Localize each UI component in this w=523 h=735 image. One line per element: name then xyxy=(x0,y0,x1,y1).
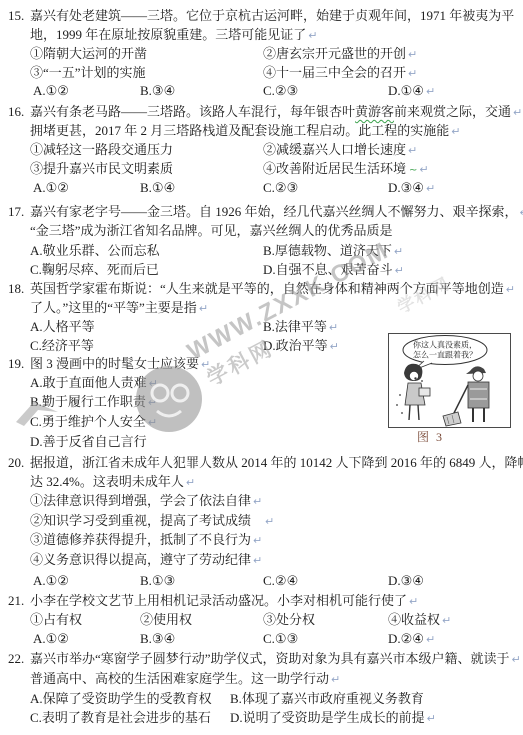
q22-stem-line1: 22. 嘉兴市举办“寒窗学子圆梦行动”助学仪式，资助对象为具有嘉兴市本级户籍、就… xyxy=(0,649,523,668)
q21-option-3: ③处分权 xyxy=(263,610,315,629)
q19-number: 19. xyxy=(8,354,24,373)
bubble-text-line2: 怎么一直跟着我？ xyxy=(413,350,477,360)
q16-stem-line2: 拥堵更甚，2017 年 2 月三塔路栈道及配套设施工程启动。此工程的实施能↵ xyxy=(0,121,523,140)
q22-stem-text2-body: 普通高中、高校的生活困难家庭学生。这一助学行动 xyxy=(30,671,329,686)
q21-number: 21. xyxy=(8,591,24,610)
q19-choice-d: D.善于反省自己言行 xyxy=(30,432,147,451)
spellcheck-squiggle-icon: ~ xyxy=(409,165,417,176)
q18-choice-b-body: B.法律平等 xyxy=(263,319,327,334)
q15-stem-text2: 地，1999 年在原址按原貌重建。三塔可能见证了↵ xyxy=(30,25,317,45)
q19-choice-a: A.敢于直面他人责难↵ xyxy=(30,373,158,393)
return-mark-icon: ↵ xyxy=(253,534,262,547)
q20-choice-c: C.②④ xyxy=(263,571,298,590)
q18-stem-text2-body: 了人。”这里的“平等”主要是指 xyxy=(30,300,197,315)
q22-stem-text1-body: 嘉兴市举办“寒窗学子圆梦行动”助学仪式，资助对象为具有嘉兴市本级户籍、就读于 xyxy=(30,651,510,666)
q20-stem-text1: 据报道，浙江省未成年人犯罪人数从 2014 年的 10142 人下降到 2016… xyxy=(30,453,523,472)
q16-choices-row: A.①② B.①④ C.②③ D.③④↵ xyxy=(0,178,523,197)
q17-choices-row1: A.敬业乐群、公而忘私 B.厚德载物、道济天下↵ xyxy=(0,241,523,260)
q17-choice-d: D.自强不息、艰苦奋斗↵ xyxy=(263,260,404,280)
q15-choices-row: A.①② B.③④ C.②③ D.①④↵ xyxy=(0,81,523,100)
q16-option-3: ③提升嘉兴市民文明素质 xyxy=(30,159,173,178)
q20-stem-line1: 20. 据报道，浙江省未成年人犯罪人数从 2014 年的 10142 人下降到 … xyxy=(0,453,523,472)
q20-option-3: ③道德修养获得提升，抵制了不良行为↵ xyxy=(30,530,262,550)
q18-stem-line2: 了人。”这里的“平等”主要是指↵ xyxy=(0,298,523,317)
q15-choice-b: B.③④ xyxy=(140,81,175,100)
q20-stem-text2-body: 达 32.4%。这表明未成年人 xyxy=(30,474,184,489)
figure3-caption: 图 3 xyxy=(417,428,444,445)
q17-stem-text2: “金三塔”成为浙江省知名品牌。可见，嘉兴丝绸人的优秀品质是 xyxy=(30,221,393,240)
q21-choice-d: D.②④↵ xyxy=(388,629,435,649)
bubble-text-line1: 你这人真没素质， xyxy=(413,340,477,351)
q21-choice-b: B.③④ xyxy=(140,629,175,648)
q21-choice-a: A.①② xyxy=(33,629,69,648)
q21-options-row: ①占有权 ②使用权 ③处分权 ④收益权↵ xyxy=(0,610,523,629)
q16-stem-pre: 嘉兴有条老马路――三塔路。该路人车混行，每年银杏叶 xyxy=(30,104,355,119)
q20-choice-a: A.①② xyxy=(33,571,69,590)
q17-choice-b: B.厚德载物、道济天下↵ xyxy=(263,241,403,261)
return-mark-icon: ↵ xyxy=(395,264,404,277)
q20-choice-d: D.③④ xyxy=(388,571,424,590)
q15-option-2: ②唐玄宗开元盛世的开创↵ xyxy=(263,44,417,64)
return-mark-icon: ↵ xyxy=(199,302,208,315)
q16-choice-a: A.①② xyxy=(33,178,69,197)
q21-stem-body: 小李在学校文艺节上用相机记录活动盛况。小李对相机可能行使了 xyxy=(30,593,407,608)
q17-number: 17. xyxy=(8,202,24,221)
return-mark-icon: ↵ xyxy=(253,495,262,508)
q15-option-1: ①隋朝大运河的开凿 xyxy=(30,44,147,63)
return-mark-icon: ↵ xyxy=(149,377,158,390)
q16-choice-b: B.①④ xyxy=(140,178,175,197)
q22-choice-d-body: D.说明了受资助是学生成长的前提 xyxy=(230,710,425,725)
q22-stem-line2: 普通高中、高校的生活困难家庭学生。这一助学行动↵ xyxy=(0,669,523,688)
q20-option-2: ②知识学习受到重视，提高了考试成绩↵ xyxy=(30,511,274,531)
q16-stem-spellcheck: 黄游客 xyxy=(355,104,394,119)
q18-choice-d: D.政治平等↵ xyxy=(263,336,339,356)
q20-option-3-line: ③道德修养获得提升，抵制了不良行为↵ xyxy=(0,530,523,549)
return-mark-icon: ↵ xyxy=(148,396,157,409)
q17-stem-text1: 嘉兴有家老字号——金三塔。自 1926 年始，经几代嘉兴丝绸人不懈努力、艰辛探索… xyxy=(30,202,523,222)
q15-choice-a: A.①② xyxy=(33,81,69,100)
cartoon-illustration: 你这人真没素质， 怎么一直跟着我？ xyxy=(388,333,511,428)
q18-stem-text1: 英国哲学家霍布斯说：“人生来就是平等的，自然在身体和精神两个方面平等地创造↵ xyxy=(30,279,515,299)
q20-option-1: ①法律意识得到增强，学会了依法自律↵ xyxy=(30,491,262,511)
q21-choice-c: C.①③ xyxy=(263,629,298,648)
return-mark-icon: ↵ xyxy=(253,554,262,567)
q15-option-4-body: ④十一届三中全会的召开 xyxy=(263,65,406,80)
return-mark-icon: ↵ xyxy=(426,633,435,646)
return-mark-icon: ↵ xyxy=(512,653,521,666)
q20-option-4: ④义务意识得以提高，遵守了劳动纪律↵ xyxy=(30,550,262,570)
return-mark-icon: ↵ xyxy=(419,163,428,176)
q18-choice-c: C.经济平等 xyxy=(30,336,94,355)
q22-stem-text1: 嘉兴市举办“寒窗学子圆梦行动”助学仪式，资助对象为具有嘉兴市本级户籍、就读于↵ xyxy=(30,649,521,669)
q17-choice-b-body: B.厚德载物、道济天下 xyxy=(263,243,392,258)
q19-choice-c-body: C.勇于维护个人安全 xyxy=(30,414,146,429)
return-mark-icon: ↵ xyxy=(265,515,274,528)
q20-stem-line2: 达 32.4%。这表明未成年人↵ xyxy=(0,472,523,491)
q18-stem-line1: 18. 英国哲学家霍布斯说：“人生来就是平等的，自然在身体和精神两个方面平等地创… xyxy=(0,279,523,298)
q18-choice-b: B.法律平等↵ xyxy=(263,317,338,337)
return-mark-icon: ↵ xyxy=(451,125,460,138)
return-mark-icon: ↵ xyxy=(186,476,195,489)
q16-options-row1: ①减轻这一路段交通压力 ②减缓嘉兴人口增长速度↵ xyxy=(0,140,523,159)
q15-stem-text1-body: 嘉兴有处老建筑――三塔。它位于京杭古运河畔，始建于贞观年间，1971 年被夷为平 xyxy=(30,8,514,23)
q20-option-3-body: ③道德修养获得提升，抵制了不良行为 xyxy=(30,532,251,547)
q19-choice-b-body: B.勤于履行工作职责 xyxy=(30,394,146,409)
q19-stem-text: 图 3 漫画中的时髦女士应该要↵ xyxy=(30,354,210,374)
return-mark-icon: ↵ xyxy=(427,712,436,725)
q21-choices-row: A.①② B.③④ C.①③ D.②④↵ xyxy=(0,629,523,648)
return-mark-icon: ↵ xyxy=(331,673,340,686)
q15-choice-d-body: D.①④ xyxy=(388,83,424,98)
return-mark-icon: ↵ xyxy=(513,106,522,119)
figure3-cartoon: 你这人真没素质， 怎么一直跟着我？ xyxy=(388,333,511,432)
q17-stem-text1-body: 嘉兴有家老字号——金三塔。自 1926 年始，经几代嘉兴丝绸人不懈努力、艰辛探索… xyxy=(30,204,518,219)
q15-choice-d: D.①④↵ xyxy=(388,81,435,101)
q20-option-4-body: ④义务意识得以提高，遵守了劳动纪律 xyxy=(30,552,251,567)
q21-stem-line: 21. 小李在学校文艺节上用相机记录活动盛况。小李对相机可能行使了↵ xyxy=(0,591,523,610)
q22-choice-d: D.说明了受资助是学生成长的前提↵ xyxy=(230,708,436,728)
q20-number: 20. xyxy=(8,453,24,472)
q20-option-4-line: ④义务意识得以提高，遵守了劳动纪律↵ xyxy=(0,550,523,569)
q22-number: 22. xyxy=(8,649,24,668)
q15-stem-line2: 地，1999 年在原址按原貌重建。三塔可能见证了↵ xyxy=(0,25,523,44)
q15-stem-line1: 15. 嘉兴有处老建筑――三塔。它位于京杭古运河畔，始建于贞观年间，1971 年… xyxy=(0,6,523,25)
q16-choice-c: C.②③ xyxy=(263,178,298,197)
return-mark-icon: ↵ xyxy=(330,340,339,353)
q16-option-2-body: ②减缓嘉兴人口增长速度 xyxy=(263,142,406,157)
q16-choice-d: D.③④↵ xyxy=(388,178,435,198)
return-mark-icon: ↵ xyxy=(426,182,435,195)
return-mark-icon: ↵ xyxy=(506,283,515,296)
q21-stem-text: 小李在学校文艺节上用相机记录活动盛况。小李对相机可能行使了↵ xyxy=(30,591,418,611)
q15-options-row1: ①隋朝大运河的开凿 ②唐玄宗开元盛世的开创↵ xyxy=(0,44,523,63)
q16-stem-text2-body: 拥堵更甚，2017 年 2 月三塔路栈道及配套设施工程启动。此工程的实施能 xyxy=(30,123,449,138)
q22-choice-b: B.体现了嘉兴市政府重视义务教育 xyxy=(230,689,424,708)
q18-stem-text1-body: 英国哲学家霍布斯说：“人生来就是平等的，自然在身体和精神两个方面平等地创造 xyxy=(30,281,504,296)
return-mark-icon: ↵ xyxy=(201,358,210,371)
q18-number: 18. xyxy=(8,279,24,298)
q17-choice-c: C.鞠躬尽瘁、死而后已 xyxy=(30,260,159,279)
q16-number: 16. xyxy=(8,102,24,121)
q17-stem-line2: “金三塔”成为浙江省知名品牌。可见，嘉兴丝绸人的优秀品质是 xyxy=(0,221,523,240)
q16-option-2: ②减缓嘉兴人口增长速度↵ xyxy=(263,140,417,160)
return-mark-icon: ↵ xyxy=(408,144,417,157)
q15-option-2-body: ②唐玄宗开元盛世的开创 xyxy=(263,46,406,61)
q18-choice-a: A.人格平等 xyxy=(30,317,95,336)
q21-choice-d-body: D.②④ xyxy=(388,631,424,646)
q20-choices-row: A.①② B.①③ C.②④ D.③④ xyxy=(0,571,523,590)
q15-options-row2: ③“一五”计划的实施 ④十一届三中全会的召开↵ xyxy=(0,63,523,82)
exam-page: 15. 嘉兴有处老建筑――三塔。它位于京杭古运河畔，始建于贞观年间，1971 年… xyxy=(0,0,523,735)
return-mark-icon: ↵ xyxy=(408,48,417,61)
q19-choice-c: C.勇于维护个人安全↵ xyxy=(30,412,157,432)
q15-option-4: ④十一届三中全会的召开↵ xyxy=(263,63,417,83)
q20-option-1-line: ①法律意识得到增强，学会了依法自律↵ xyxy=(0,491,523,510)
q16-stem-text1: 嘉兴有条老马路――三塔路。该路人车混行，每年银杏叶黄游客前来观赏之际，交通↵ xyxy=(30,102,522,122)
q16-option-1: ①减轻这一路段交通压力 xyxy=(30,140,173,159)
q16-stem-post: 前来观赏之际，交通 xyxy=(394,104,511,119)
q18-choice-d-body: D.政治平等 xyxy=(263,338,328,353)
return-mark-icon: ↵ xyxy=(148,416,157,429)
q17-choice-a: A.敬业乐群、公而忘私 xyxy=(30,241,160,260)
q20-option-2-body: ②知识学习受到重视，提高了考试成绩 xyxy=(30,513,251,528)
q21-option-2: ②使用权 xyxy=(140,610,192,629)
q15-choice-c: C.②③ xyxy=(263,81,298,100)
q16-stem-text2: 拥堵更甚，2017 年 2 月三塔路栈道及配套设施工程启动。此工程的实施能↵ xyxy=(30,121,460,141)
q19-choice-b: B.勤于履行工作职责↵ xyxy=(30,392,157,412)
q16-option-4-body: ④改善附近居民生活环境 xyxy=(263,161,406,176)
return-mark-icon: ↵ xyxy=(329,321,338,334)
q20-stem-text2: 达 32.4%。这表明未成年人↵ xyxy=(30,472,195,492)
q16-options-row2: ③提升嘉兴市民文明素质 ④改善附近居民生活环境~↵ xyxy=(0,159,523,178)
q20-choice-b: B.①③ xyxy=(140,571,175,590)
q15-stem-text2-body: 地，1999 年在原址按原貌重建。三塔可能见证了 xyxy=(30,27,306,42)
q21-option-4: ④收益权↵ xyxy=(388,610,451,630)
return-mark-icon: ↵ xyxy=(408,67,417,80)
q15-option-3: ③“一五”计划的实施 xyxy=(30,63,146,82)
return-mark-icon: ↵ xyxy=(409,595,418,608)
q16-choice-d-body: D.③④ xyxy=(388,180,424,195)
q16-option-4: ④改善附近居民生活环境~↵ xyxy=(263,159,429,180)
q17-choice-d-body: D.自强不息、艰苦奋斗 xyxy=(263,262,393,277)
q21-option-1: ①占有权 xyxy=(30,610,82,629)
q17-stem-line1: 17. 嘉兴有家老字号——金三塔。自 1926 年始，经几代嘉兴丝绸人不懈努力、… xyxy=(0,202,523,221)
return-mark-icon: ↵ xyxy=(442,614,451,627)
q18-stem-text2: 了人。”这里的“平等”主要是指↵ xyxy=(30,298,208,318)
q22-choices-row1: A.保障了受资助学生的受教育权 B.体现了嘉兴市政府重视义务教育 xyxy=(0,689,523,708)
q22-choice-a: A.保障了受资助学生的受教育权 xyxy=(30,689,212,708)
q20-option-2-line: ②知识学习受到重视，提高了考试成绩↵ xyxy=(0,511,523,530)
q20-option-1-body: ①法律意识得到增强，学会了依法自律 xyxy=(30,493,251,508)
q22-choice-c: C.表明了教育是社会进步的基石 xyxy=(30,708,211,727)
q19-stem-body: 图 3 漫画中的时髦女士应该要 xyxy=(30,356,199,371)
q19-choice-a-body: A.敢于直面他人责难 xyxy=(30,375,147,390)
q15-number: 15. xyxy=(8,6,24,25)
return-mark-icon: ↵ xyxy=(520,206,523,219)
return-mark-icon: ↵ xyxy=(394,245,403,258)
q22-stem-text2: 普通高中、高校的生活困难家庭学生。这一助学行动↵ xyxy=(30,669,340,689)
q17-choices-row2: C.鞠躬尽瘁、死而后已 D.自强不息、艰苦奋斗↵ xyxy=(0,260,523,279)
return-mark-icon: ↵ xyxy=(308,29,317,42)
q21-option-4-body: ④收益权 xyxy=(388,612,440,627)
q19-choice-d-line: D.善于反省自己言行 xyxy=(0,432,523,451)
q15-stem-text1: 嘉兴有处老建筑――三塔。它位于京杭古运河畔，始建于贞观年间，1971 年被夷为平 xyxy=(30,6,514,25)
q22-choices-row2: C.表明了教育是社会进步的基石 D.说明了受资助是学生成长的前提↵ xyxy=(0,708,523,727)
q16-stem-line1: 16. 嘉兴有条老马路――三塔路。该路人车混行，每年银杏叶黄游客前来观赏之际，交… xyxy=(0,102,523,121)
return-mark-icon: ↵ xyxy=(426,85,435,98)
